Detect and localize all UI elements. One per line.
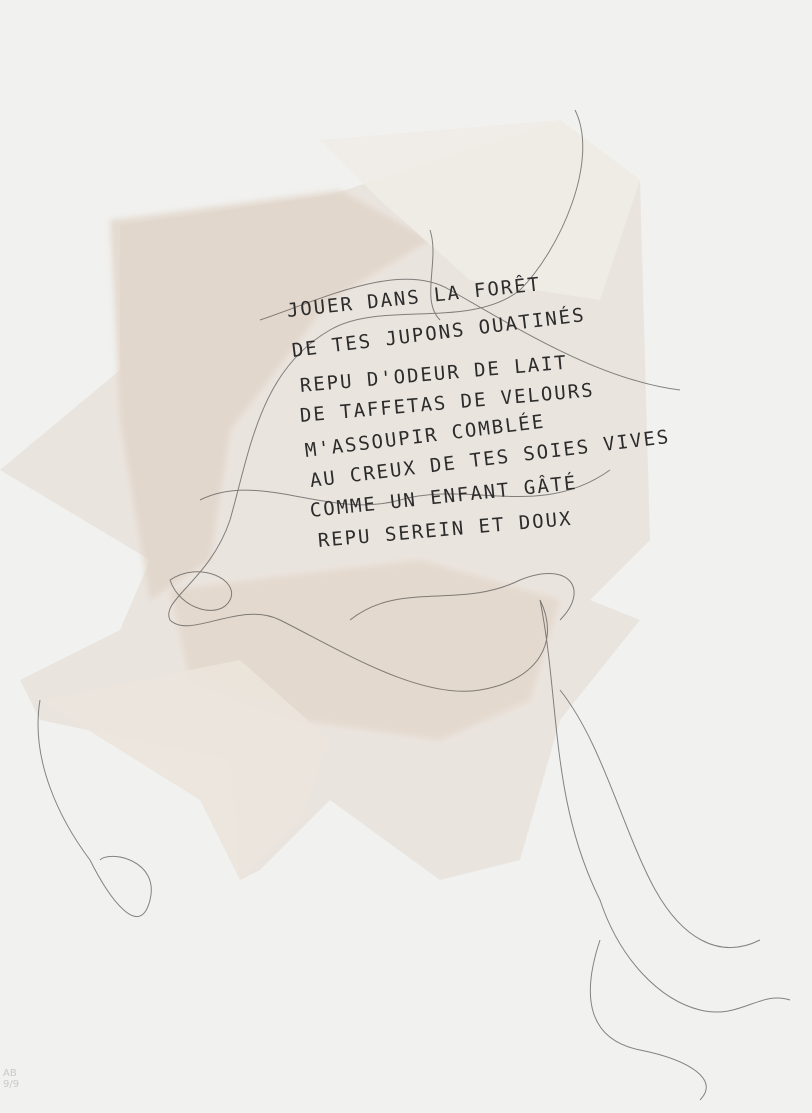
signature-initials: AB bbox=[3, 1068, 19, 1079]
edition-number: 9/9 bbox=[3, 1079, 19, 1090]
fabric-layers bbox=[0, 0, 812, 1113]
artist-signature: AB 9/9 bbox=[3, 1068, 19, 1090]
textile-artwork: JOUER DANS LA FORÊT DE TES JUPONS OUATIN… bbox=[0, 0, 812, 1113]
